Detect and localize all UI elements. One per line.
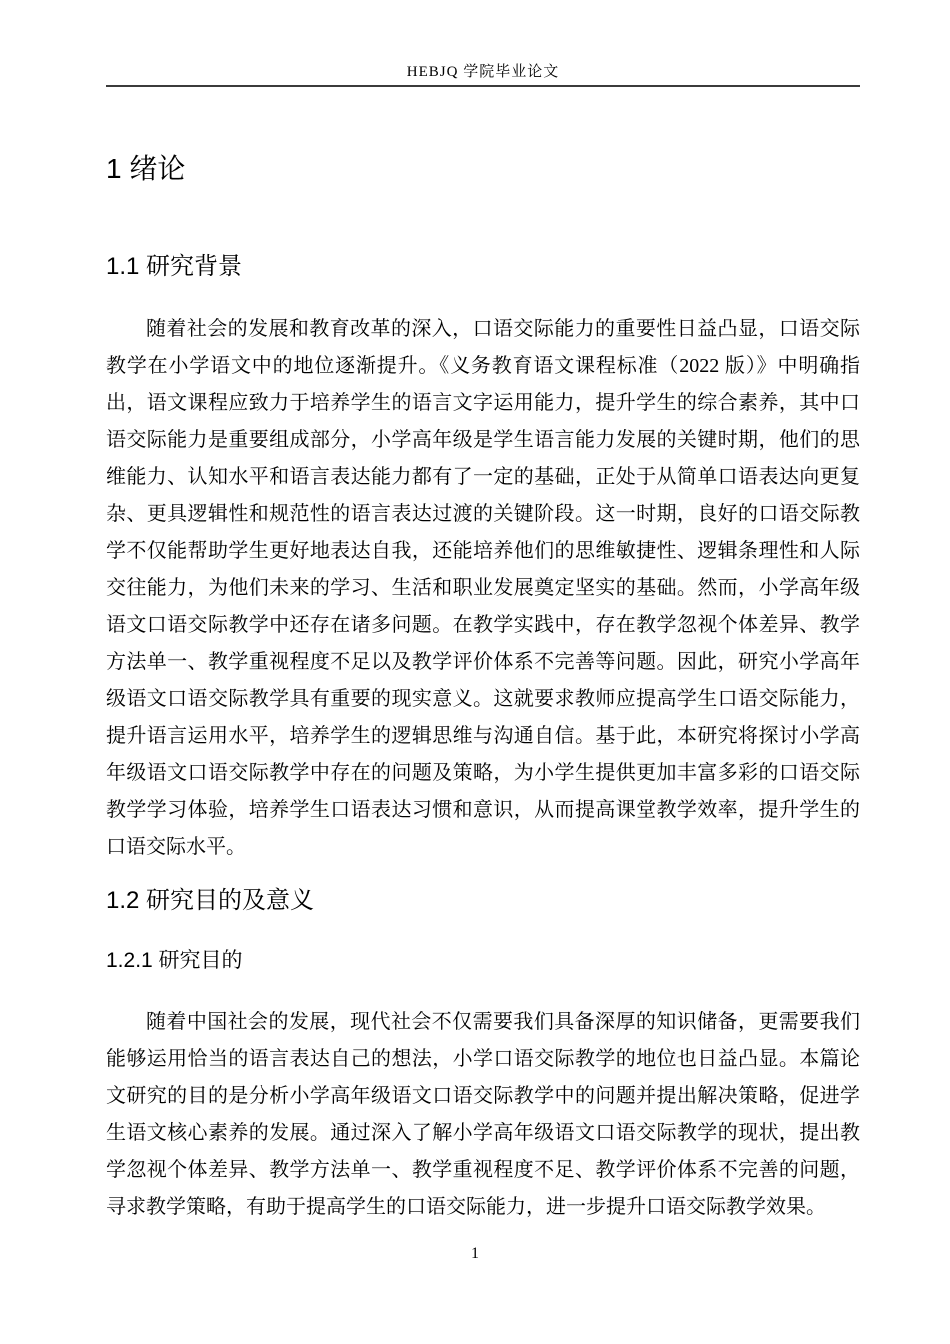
page-header: HEBJQ 学院毕业论文 — [106, 0, 860, 87]
subsection-heading-1-2-1: 1.2.1 研究目的 — [106, 947, 860, 975]
paragraph-research-background: 随着社会的发展和教育改革的深入，口语交际能力的重要性日益凸显，口语交际教学在小学… — [106, 311, 860, 866]
running-head-title: HEBJQ 学院毕业论文 — [106, 62, 860, 82]
section-heading-1-2: 1.2 研究目的及意义 — [106, 885, 860, 917]
page-number: 1 — [471, 1245, 479, 1262]
chapter-title: 1 绪论 — [106, 151, 860, 187]
document-page: HEBJQ 学院毕业论文 1 绪论 1.1 研究背景 随着社会的发展和教育改革的… — [0, 0, 950, 1344]
page-content: 1 绪论 1.1 研究背景 随着社会的发展和教育改革的深入，口语交际能力的重要性… — [106, 151, 860, 1226]
paragraph-research-purpose: 随着中国社会的发展，现代社会不仅需要我们具备深厚的知识储备，更需要我们能够运用恰… — [106, 1004, 860, 1226]
section-heading-1-1: 1.1 研究背景 — [106, 251, 860, 283]
page-footer: 1 — [0, 1244, 950, 1264]
